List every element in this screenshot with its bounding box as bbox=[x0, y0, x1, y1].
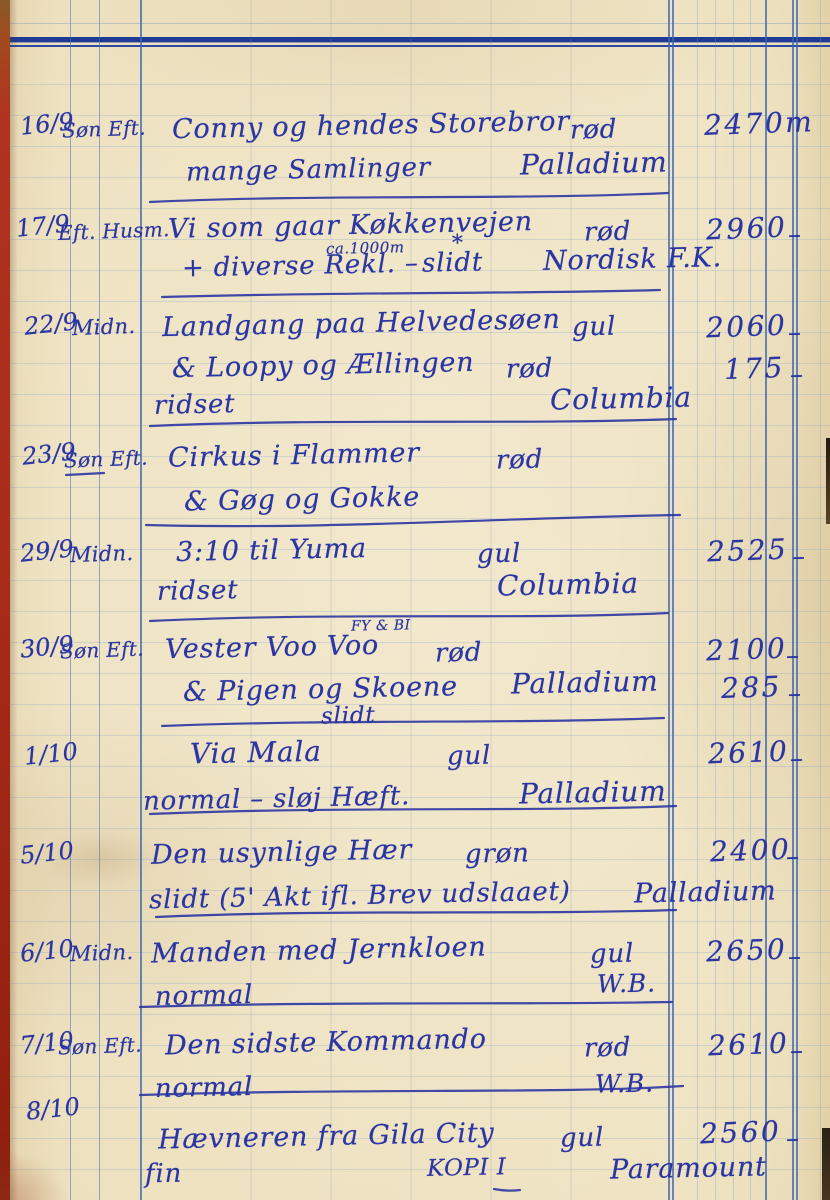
session: Søn Eft. bbox=[64, 448, 148, 471]
film-title: Landgang paa Helvedesøen bbox=[162, 306, 561, 341]
amount: 2525 bbox=[707, 536, 789, 567]
condition-note: ridset bbox=[157, 577, 239, 605]
amount-dash: – bbox=[790, 746, 804, 772]
amount: 2610 bbox=[708, 1030, 790, 1061]
amount-dash: – bbox=[786, 643, 800, 669]
studio: Palladium bbox=[520, 148, 668, 179]
color-code: gul bbox=[590, 941, 635, 968]
amount-dash: – bbox=[790, 1038, 804, 1064]
amount-dash: – bbox=[788, 681, 802, 707]
amount-dash: – bbox=[788, 944, 802, 970]
condition-note: normal bbox=[155, 1074, 254, 1102]
film-title: 3:10 til Yuma bbox=[176, 535, 367, 566]
amount-dash: – bbox=[788, 222, 802, 248]
date: 29/9 bbox=[19, 536, 75, 566]
amount: 175 bbox=[724, 354, 786, 384]
studio: Columbia bbox=[497, 570, 639, 601]
color-code: gul bbox=[447, 743, 492, 770]
color-code: rød bbox=[506, 356, 554, 383]
annotation: KOPI I bbox=[427, 1156, 507, 1181]
date: 8/10 bbox=[25, 1094, 81, 1124]
date: 22/9 bbox=[23, 309, 79, 339]
amount: 2650 bbox=[706, 936, 788, 967]
amount-dash: – bbox=[788, 320, 802, 346]
condition-note: ridset bbox=[154, 391, 236, 419]
studio: W.B. bbox=[595, 1070, 654, 1096]
color-code: gul bbox=[477, 541, 522, 568]
session: Eft. Husm. bbox=[58, 219, 170, 243]
amount: 285 bbox=[721, 673, 783, 703]
film-title: & Gøg og Gokke bbox=[184, 484, 421, 516]
studio: Columbia bbox=[550, 384, 692, 415]
condition-note: slidt (5' Akt ifl. Brev udslaaet) bbox=[149, 879, 571, 914]
studio: W.B. bbox=[597, 970, 656, 996]
film-title: Vester Voo Voo bbox=[165, 632, 380, 663]
color-code: rød bbox=[496, 447, 544, 474]
color-code: grøn bbox=[465, 840, 530, 867]
handwriting-layer: 16/9Søn Eft.Conny og hendes Storebrorrød… bbox=[0, 0, 830, 1200]
condition-note: mange Samlinger bbox=[186, 154, 431, 185]
amount: 2100 bbox=[706, 635, 788, 666]
session: Søn Eft. bbox=[60, 639, 144, 662]
amount: 2960 bbox=[706, 214, 788, 245]
session: Søn Eft. bbox=[62, 118, 146, 141]
amount: 2060 bbox=[706, 312, 788, 343]
amount: 2560 bbox=[700, 1118, 782, 1149]
studio: Nordisk F.K. bbox=[543, 244, 723, 275]
film-title: Den sidste Kommando bbox=[165, 1026, 487, 1060]
amount-dash: – bbox=[786, 1126, 800, 1152]
studio: Paramount bbox=[610, 1153, 767, 1183]
amount: 2610 bbox=[708, 738, 790, 769]
film-title: Conny og hendes Storebror bbox=[172, 108, 570, 143]
session: Søn Eft. bbox=[58, 1035, 142, 1058]
amount: 2400 bbox=[710, 836, 792, 867]
color-code: rød bbox=[584, 219, 632, 246]
condition-note: slidt bbox=[321, 704, 376, 728]
film-title: & Pigen og Skoene bbox=[183, 673, 458, 706]
date: 1/10 bbox=[23, 739, 79, 769]
amount-dash: – bbox=[792, 544, 806, 570]
condition-note: normal – sløj Hæft. bbox=[143, 783, 411, 815]
condition-note: fin bbox=[145, 1161, 183, 1188]
film-title: Den usynlige Hær bbox=[151, 836, 413, 868]
color-code: gul bbox=[560, 1125, 605, 1152]
amount-dash: – bbox=[786, 844, 800, 870]
date: 6/10 bbox=[19, 936, 75, 966]
session: Midn. bbox=[70, 543, 134, 566]
color-code: rød bbox=[435, 640, 483, 667]
film-title: Hævneren fra Gila City bbox=[158, 1119, 495, 1153]
film-title: & Loopy og Ællingen bbox=[172, 349, 475, 382]
color-code: rød bbox=[570, 117, 618, 144]
condition-note: + diverse Rekl. – bbox=[182, 251, 419, 282]
amount-dash: – bbox=[790, 362, 804, 388]
condition-note: normal bbox=[155, 982, 254, 1010]
film-title: Manden med Jernkloen bbox=[151, 933, 487, 967]
date: 5/10 bbox=[19, 838, 75, 868]
film-title: Cirkus i Flammer bbox=[168, 439, 420, 471]
studio: Palladium bbox=[511, 667, 659, 698]
studio: Palladium bbox=[634, 878, 777, 908]
studio: Palladium bbox=[519, 777, 667, 808]
session: Midn. bbox=[70, 942, 134, 965]
film-title: Vi som gaar Køkkenvejen bbox=[168, 208, 533, 243]
amount-meters: 2470m bbox=[704, 108, 815, 140]
film-title: Via Mala bbox=[190, 738, 322, 769]
color-code: rød bbox=[584, 1035, 632, 1062]
session: Midn. bbox=[72, 316, 136, 339]
color-code: gul bbox=[572, 314, 617, 341]
condition-note: slidt bbox=[422, 249, 484, 276]
ledger-page: 16/9Søn Eft.Conny og hendes Storebrorrød… bbox=[0, 0, 830, 1200]
